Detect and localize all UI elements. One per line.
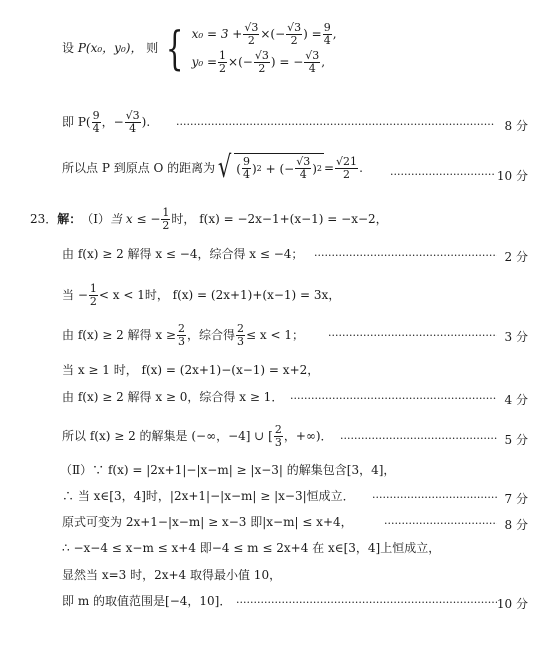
fraction: √32 — [254, 50, 270, 74]
let-label: 设 — [62, 42, 74, 54]
dot-leader: ········································… — [314, 249, 497, 262]
q23-line-7: 所以 f(x) ≥ 2 的解集是 (−∞，−4] ∪ [ 23 ，+∞)． — [62, 424, 333, 448]
distance-line: 所以点 P 到原点 O 的距离为 √ (94)2 + (−√34)2 = √21… — [62, 153, 363, 183]
fraction: 12 — [218, 50, 227, 74]
score-label: 10 分 — [497, 167, 528, 184]
q23-line-12: 显然当 x=3 时，2x+4 取得最小值 10， — [62, 569, 281, 581]
q23-line-10: 原式可变为 2x+1−|x−m| ≥ x−3 即|x−m| ≤ x+4， — [62, 516, 353, 528]
q23-line-2: 由 f(x) ≥ 2 解得 x ≤ −4，综合得 x ≤ −4； — [62, 248, 303, 260]
then-label: 则 — [146, 42, 158, 54]
fraction: √212 — [335, 156, 358, 180]
score-label: 5 分 — [505, 431, 528, 448]
score-label: 4 分 — [505, 391, 528, 408]
left-brace: { — [166, 25, 184, 71]
point-p-result: 即 P( 94 ，− √34 ). — [62, 110, 150, 134]
q23-line-3: 当 − 12 < x < 1时， f(x) = (2x+1)+(x−1) = 3… — [62, 283, 340, 307]
dot-leader: ········································… — [384, 517, 497, 530]
score-label: 8 分 — [505, 516, 528, 533]
point-coordinates: P(x₀，y₀)， — [78, 42, 143, 54]
fraction: 23 — [236, 323, 245, 347]
score-label: 7 分 — [505, 490, 528, 507]
equation-y0: y₀ = 12 ×(− √32 ) = − √34 , — [192, 50, 337, 74]
dot-leader: ········································… — [236, 596, 497, 609]
fraction: 94 — [323, 22, 332, 46]
score-label: 8 分 — [505, 117, 528, 134]
dot-leader: ········································… — [328, 329, 497, 342]
fraction: √32 — [243, 22, 259, 46]
q23-line-6: 由 f(x) ≥ 2 解得 x ≥ 0，综合得 x ≥ 1． — [62, 391, 283, 403]
score-label: 10 分 — [497, 595, 528, 612]
fraction: 12 — [89, 283, 98, 307]
square-root: √ (94)2 + (−√34)2 — [215, 153, 324, 183]
dot-leader: ········································… — [340, 432, 497, 445]
point-p-system: 设 P(x₀，y₀)， 则 { x₀ = 3 + √32 ×(− √32 ) =… — [62, 22, 337, 74]
q23-line-9: ∴ 当 x∈[3，4]时，|2x+1|−|x−m| ≥ |x−3|恒成立． — [62, 490, 355, 502]
dot-leader: ········································… — [372, 491, 497, 504]
fraction: √34 — [304, 50, 320, 74]
fraction: 94 — [92, 110, 101, 134]
q23-line-5: 当 x ≥ 1 时， f(x) = (2x+1)−(x−1) = x+2， — [62, 364, 319, 376]
part-label: （Ⅰ） — [81, 213, 110, 225]
dot-leader: ········································… — [390, 168, 494, 181]
q23-line-13: 即 m 的取值范围是[−4，10]． — [62, 595, 231, 607]
q23-line-4: 由 f(x) ≥ 2 解得 x ≥ 23 ，综合得 23 ≤ x < 1； — [62, 323, 304, 347]
fraction: 23 — [274, 424, 283, 448]
fraction: 23 — [177, 323, 186, 347]
equation-system: x₀ = 3 + √32 ×(− √32 ) = 94 , y₀ = 12 ×(… — [192, 22, 337, 74]
q23-line-8: （Ⅱ）∵ f(x) = |2x+1|−|x−m| ≥ |x−3| 的解集包含[3… — [60, 464, 395, 476]
equation-x0: x₀ = 3 + √32 ×(− √32 ) = 94 , — [192, 22, 337, 46]
dot-leader: ········································… — [290, 392, 497, 405]
q23-line-11: ∴ −x−4 ≤ x−m ≤ x+4 即−4 ≤ m ≤ 2x+4 在 x∈[3… — [62, 542, 440, 554]
dot-leader: ········································… — [176, 118, 494, 131]
fraction: √32 — [286, 22, 302, 46]
solve-label: 解： — [57, 213, 81, 225]
fraction: √34 — [125, 110, 141, 134]
fraction: 12 — [161, 207, 170, 231]
score-label: 3 分 — [505, 328, 528, 345]
q23-line-1: 23． 解： （Ⅰ） 当 x ≤ − 12 时， f(x) = −2x−1+(x… — [30, 207, 388, 231]
question-number: 23． — [30, 213, 57, 225]
score-label: 2 分 — [505, 248, 528, 265]
